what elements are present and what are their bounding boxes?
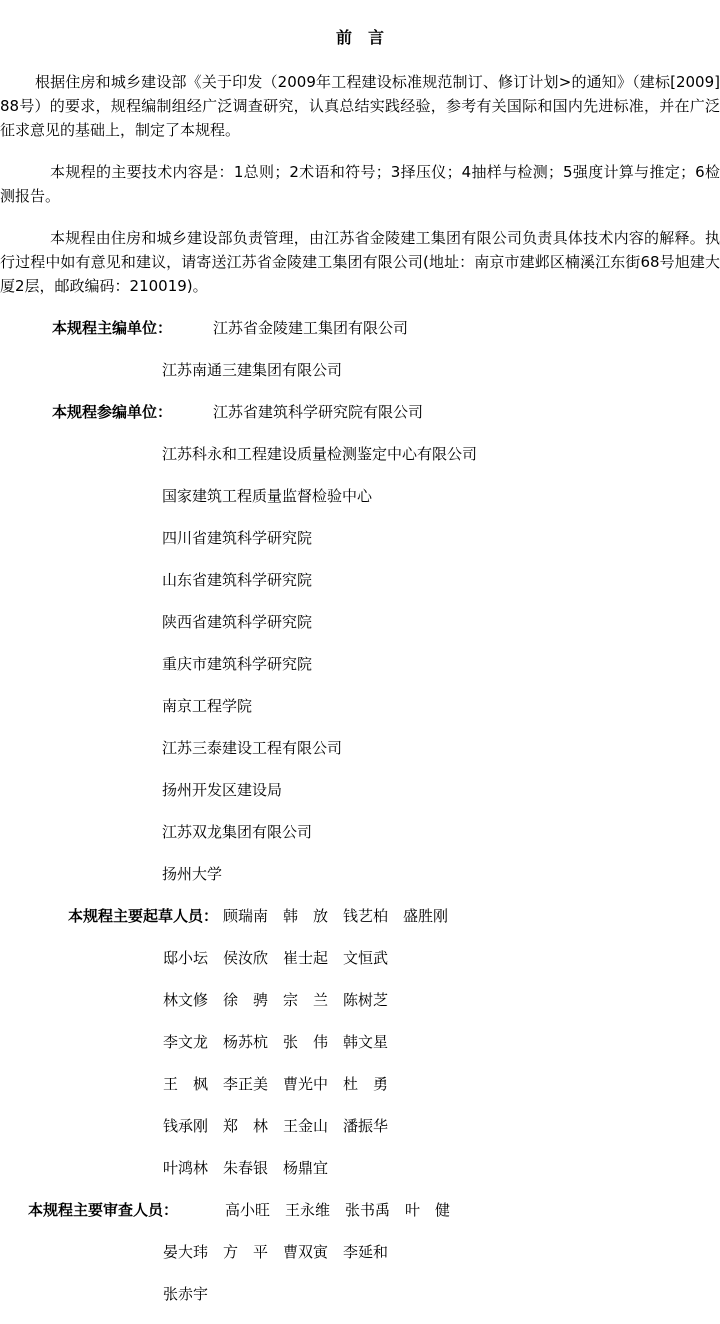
drafters-names-first: 顾瑞南 韩 放 钱艺柏 盛胜刚	[223, 904, 448, 928]
chief-editor-unit: 江苏南通三建集团有限公司	[0, 358, 720, 382]
co-editor-unit: 江苏双龙集团有限公司	[0, 820, 720, 844]
drafters-row: 本规程主要起草人员： 顾瑞南 韩 放 钱艺柏 盛胜刚	[0, 904, 720, 928]
co-editor-unit: 山东省建筑科学研究院	[0, 568, 720, 592]
drafters-names: 邸小坛 侯汝欣 崔士起 文恒武	[0, 946, 720, 970]
co-editor-unit: 扬州大学	[0, 862, 720, 886]
paragraph-technical-contents: 本规程的主要技术内容是：1总则；2术语和符号；3择压仪；4抽样与检测；5强度计算…	[0, 160, 720, 208]
foreword-page: 前 言 根据住房和城乡建设部《关于印发（2009年工程建设标准规范制订、修订计划…	[0, 0, 720, 1324]
chief-editor-row: 本规程主编单位： 江苏省金陵建工集团有限公司	[0, 316, 720, 340]
reviewers-row: 本规程主要审查人员： 高小旺 王永维 张书禹 叶 健	[0, 1198, 720, 1222]
chief-editor-label: 本规程主编单位：	[52, 316, 172, 340]
co-editor-unit: 重庆市建筑科学研究院	[0, 652, 720, 676]
reviewers-names-first: 高小旺 王永维 张书禹 叶 健	[225, 1198, 450, 1222]
co-editor-unit: 陕西省建筑科学研究院	[0, 610, 720, 634]
paragraph-basis: 根据住房和城乡建设部《关于印发（2009年工程建设标准规范制订、修订计划>的通知…	[0, 70, 720, 142]
co-editor-unit: 四川省建筑科学研究院	[0, 526, 720, 550]
chief-editor-unit-first: 江苏省金陵建工集团有限公司	[213, 316, 408, 340]
co-editor-unit: 国家建筑工程质量监督检验中心	[0, 484, 720, 508]
co-editor-row: 本规程参编单位： 江苏省建筑科学研究院有限公司	[0, 400, 720, 424]
drafters-names: 李文龙 杨苏杭 张 伟 韩文星	[0, 1030, 720, 1054]
reviewers-names: 晏大玮 方 平 曹双寅 李延和	[0, 1240, 720, 1264]
co-editor-unit: 扬州开发区建设局	[0, 778, 720, 802]
reviewers-names: 张赤宇	[0, 1282, 720, 1306]
page-title: 前 言	[0, 28, 720, 48]
drafters-names: 王 枫 李正美 曹光中 杜 勇	[0, 1072, 720, 1096]
co-editor-unit-first: 江苏省建筑科学研究院有限公司	[213, 400, 423, 424]
reviewers-label: 本规程主要审查人员：	[28, 1198, 178, 1222]
co-editor-unit: 江苏三泰建设工程有限公司	[0, 736, 720, 760]
co-editor-unit: 南京工程学院	[0, 694, 720, 718]
co-editor-label: 本规程参编单位：	[52, 400, 172, 424]
drafters-names: 叶鸿林 朱春银 杨鼎宜	[0, 1156, 720, 1180]
co-editor-unit: 江苏科永和工程建设质量检测鉴定中心有限公司	[0, 442, 720, 466]
drafters-names: 钱承刚 郑 林 王金山 潘振华	[0, 1114, 720, 1138]
paragraph-management: 本规程由住房和城乡建设部负责管理，由江苏省金陵建工集团有限公司负责具体技术内容的…	[0, 226, 720, 298]
drafters-names: 林文修 徐 骋 宗 兰 陈树芝	[0, 988, 720, 1012]
drafters-label: 本规程主要起草人员：	[68, 904, 218, 928]
